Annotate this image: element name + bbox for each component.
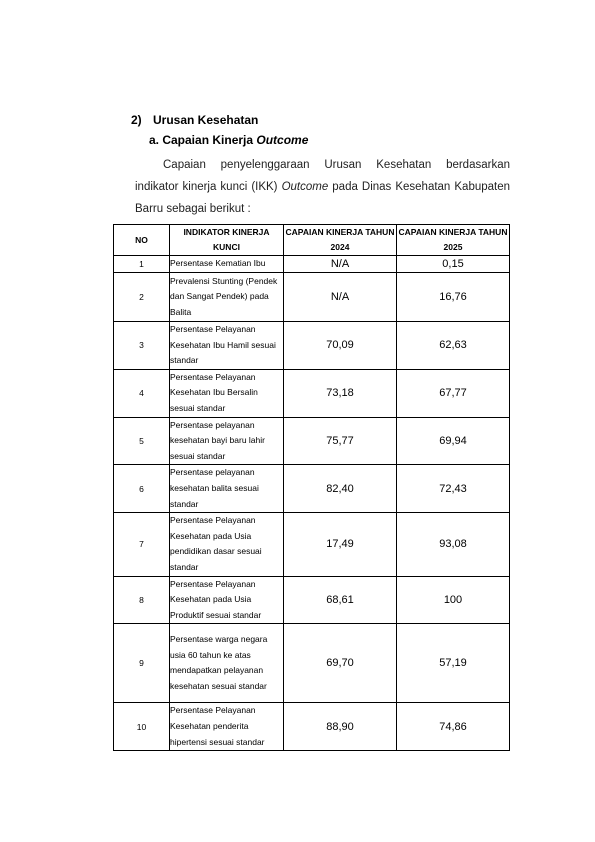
cell-indikator: Persentase pelayanan kesehatan bayi baru… bbox=[170, 417, 284, 465]
cell-2025: 67,77 bbox=[397, 369, 510, 417]
table-row: 5Persentase pelayanan kesehatan bayi bar… bbox=[114, 417, 510, 465]
table-row: 6Persentase pelayanan kesehatan balita s… bbox=[114, 465, 510, 513]
cell-2025: 72,43 bbox=[397, 465, 510, 513]
cell-no: 5 bbox=[114, 417, 170, 465]
cell-2024: 82,40 bbox=[284, 465, 397, 513]
cell-2025: 62,63 bbox=[397, 322, 510, 370]
ikk-outcome-table: NO INDIKATOR KINERJA KUNCI CAPAIAN KINER… bbox=[113, 224, 510, 751]
table-row: 3Persentase Pelayanan Kesehatan Ibu Hami… bbox=[114, 322, 510, 370]
cell-2025: 0,15 bbox=[397, 256, 510, 273]
cell-2024: N/A bbox=[284, 256, 397, 273]
cell-2025: 69,94 bbox=[397, 417, 510, 465]
header-2024: CAPAIAN KINERJA TAHUN 2024 bbox=[284, 225, 397, 256]
cell-indikator: Prevalensi Stunting (Pendek dan Sangat P… bbox=[170, 273, 284, 322]
cell-no: 10 bbox=[114, 703, 170, 751]
cell-indikator: Persentase Pelayanan Kesehatan pada Usia… bbox=[170, 576, 284, 624]
cell-2024: 69,70 bbox=[284, 624, 397, 703]
subsection-title: a. Capaian Kinerja bbox=[149, 133, 256, 147]
table-row: 8Persentase Pelayanan Kesehatan pada Usi… bbox=[114, 576, 510, 624]
subsection-title-italic: Outcome bbox=[256, 133, 308, 147]
cell-indikator: Persentase Pelayanan Kesehatan Ibu Hamil… bbox=[170, 322, 284, 370]
intro-paragraph: Capaian penyelenggaraan Urusan Kesehatan… bbox=[135, 154, 510, 220]
cell-2025: 100 bbox=[397, 576, 510, 624]
cell-indikator: Persentase pelayanan kesehatan balita se… bbox=[170, 465, 284, 513]
cell-no: 7 bbox=[114, 513, 170, 576]
cell-2024: 73,18 bbox=[284, 369, 397, 417]
cell-2024: 70,09 bbox=[284, 322, 397, 370]
cell-2024: 88,90 bbox=[284, 703, 397, 751]
cell-no: 1 bbox=[114, 256, 170, 273]
cell-no: 8 bbox=[114, 576, 170, 624]
cell-indikator: Persentase Kematian Ibu bbox=[170, 256, 284, 273]
paragraph-italic: Outcome bbox=[282, 181, 329, 193]
cell-indikator: Persentase Pelayanan Kesehatan penderita… bbox=[170, 703, 284, 751]
cell-no: 9 bbox=[114, 624, 170, 703]
cell-2025: 57,19 bbox=[397, 624, 510, 703]
cell-2024: N/A bbox=[284, 273, 397, 322]
cell-2025: 74,86 bbox=[397, 703, 510, 751]
cell-2025: 93,08 bbox=[397, 513, 510, 576]
cell-no: 2 bbox=[114, 273, 170, 322]
table-row: 1Persentase Kematian IbuN/A0,15 bbox=[114, 256, 510, 273]
cell-indikator: Persentase warga negara usia 60 tahun ke… bbox=[170, 624, 284, 703]
cell-no: 3 bbox=[114, 322, 170, 370]
cell-indikator: Persentase Pelayanan Kesehatan pada Usia… bbox=[170, 513, 284, 576]
cell-2024: 17,49 bbox=[284, 513, 397, 576]
table-row: 7Persentase Pelayanan Kesehatan pada Usi… bbox=[114, 513, 510, 576]
cell-no: 6 bbox=[114, 465, 170, 513]
cell-2024: 68,61 bbox=[284, 576, 397, 624]
header-2025: CAPAIAN KINERJA TAHUN 2025 bbox=[397, 225, 510, 256]
table-row: 2Prevalensi Stunting (Pendek dan Sangat … bbox=[114, 273, 510, 322]
section-heading: 2)Urusan Kesehatan bbox=[131, 113, 258, 127]
section-title: Urusan Kesehatan bbox=[153, 113, 258, 127]
cell-no: 4 bbox=[114, 369, 170, 417]
cell-2025: 16,76 bbox=[397, 273, 510, 322]
section-number: 2) bbox=[131, 113, 153, 127]
table-header-row: NO INDIKATOR KINERJA KUNCI CAPAIAN KINER… bbox=[114, 225, 510, 256]
cell-2024: 75,77 bbox=[284, 417, 397, 465]
table-row: 4Persentase Pelayanan Kesehatan Ibu Bers… bbox=[114, 369, 510, 417]
table-row: 9Persentase warga negara usia 60 tahun k… bbox=[114, 624, 510, 703]
header-indikator: INDIKATOR KINERJA KUNCI bbox=[170, 225, 284, 256]
cell-indikator: Persentase Pelayanan Kesehatan Ibu Bersa… bbox=[170, 369, 284, 417]
table-row: 10Persentase Pelayanan Kesehatan penderi… bbox=[114, 703, 510, 751]
header-no: NO bbox=[114, 225, 170, 256]
subsection-heading: a. Capaian Kinerja Outcome bbox=[149, 133, 308, 147]
